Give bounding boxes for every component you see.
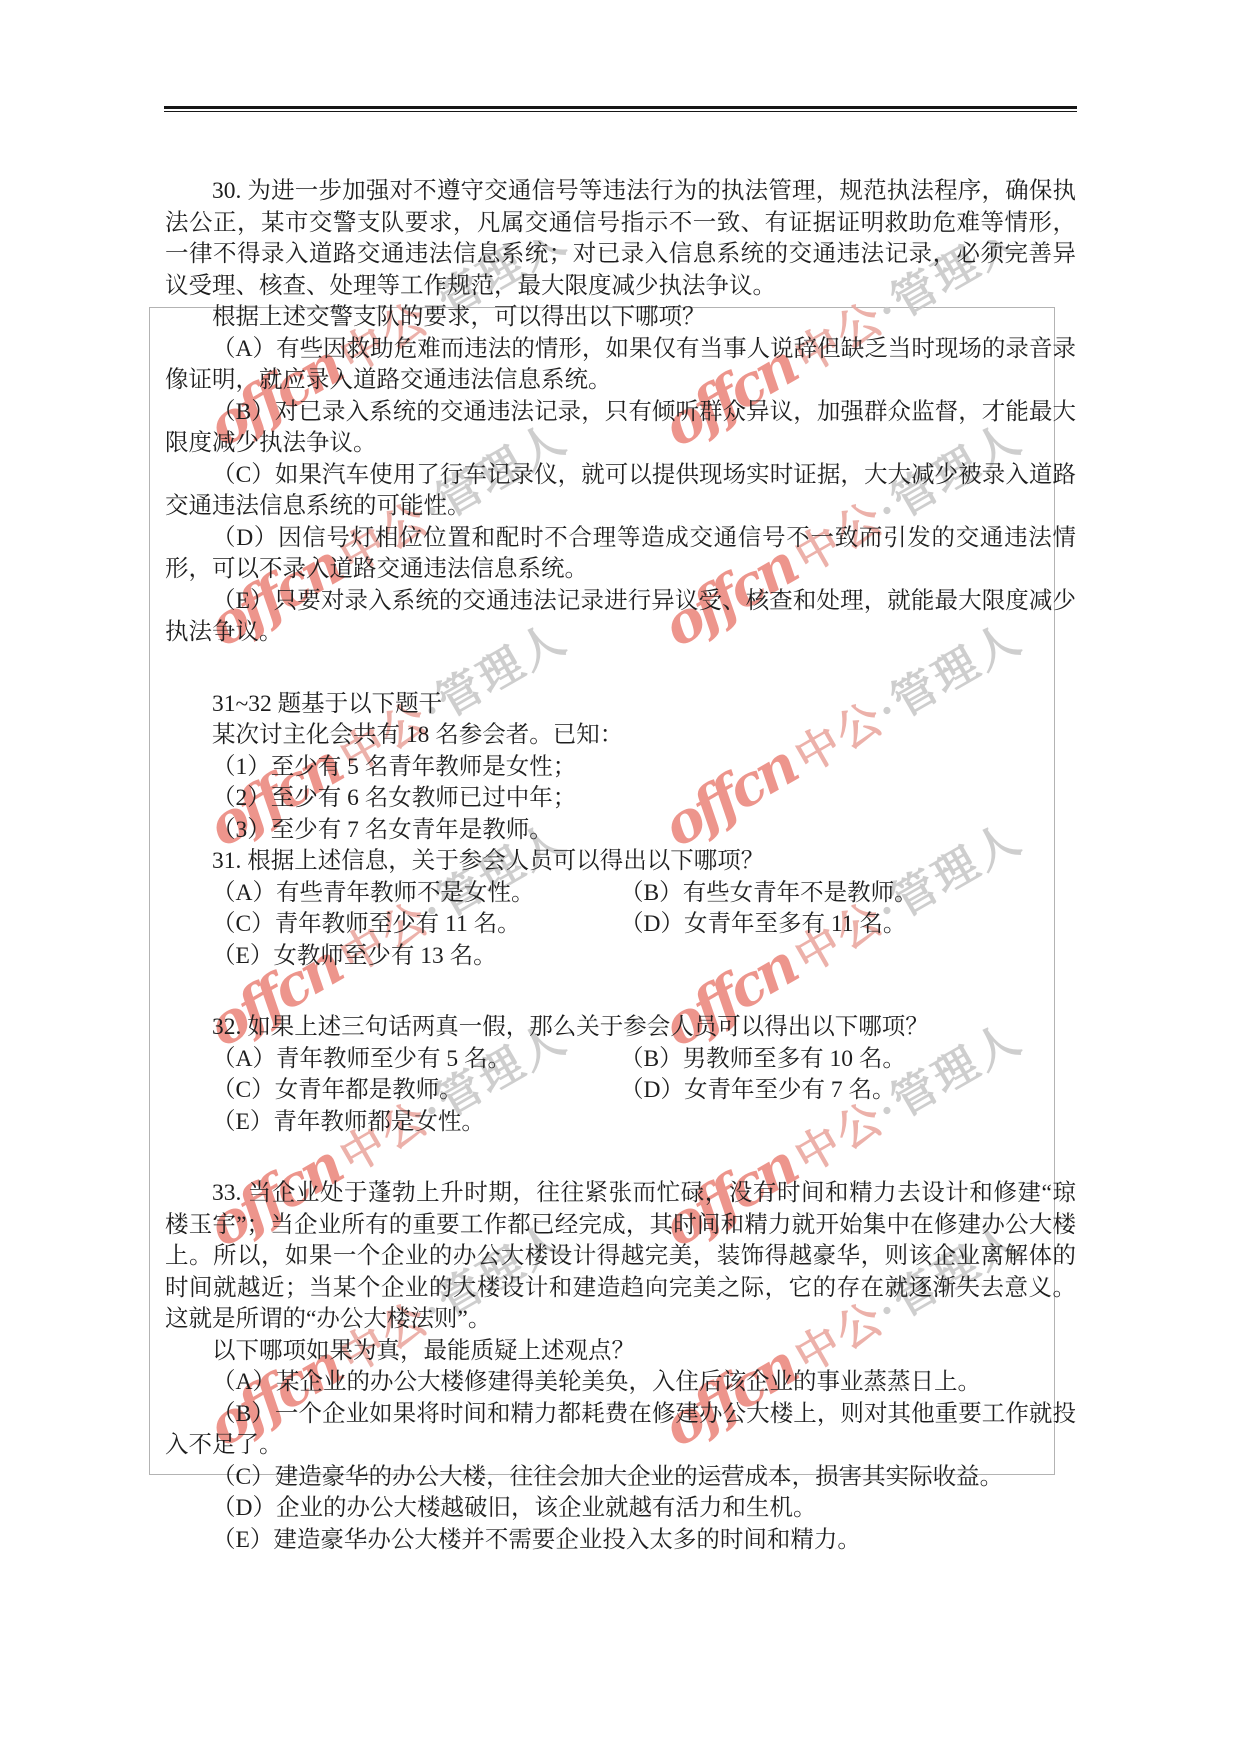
question-33-option-a: （A）某企业的办公大楼修建得美轮美奂，入住后该企业的事业蒸蒸日上。 <box>165 1367 1076 1399</box>
question-33-stem: 33. 当企业处于蓬勃上升时期，往往紧张而忙碌，没有时间和精力去设计和修建“琼楼… <box>165 1178 1076 1336</box>
question-31-option-c: （C）青年教师至少有 11 名。 <box>165 909 620 941</box>
question-31-option-e: （E）女教师至少有 13 名。 <box>165 941 620 973</box>
question-30-option-b: （B）对已录入系统的交通违法记录，只有倾听群众异议，加强群众监督，才能最大限度减… <box>165 397 1076 460</box>
option-label: （C） <box>212 1464 275 1490</box>
question-33-lead: 以下哪项如果为真，最能质疑上述观点？ <box>165 1336 1076 1368</box>
option-text: 青年教师至少有 11 名。 <box>275 911 521 937</box>
option-label: （A） <box>212 1369 276 1395</box>
question-32-option-empty <box>620 1107 1076 1139</box>
question-32-stem: 32. 如果上述三句话两真一假，那么关于参会人员可以得出以下哪项？ <box>165 1012 1076 1044</box>
group-condition-2: （2）至少有 6 名女教师已过中年； <box>165 783 1076 815</box>
question-32-option-b: （B）男教师至多有 10 名。 <box>620 1044 1076 1076</box>
option-text: 因信号灯相位位置和配时不合理等造成交通信号不一致而引发的交通违法情形，可以不录入… <box>165 525 1076 583</box>
question-31-option-d: （D）女青年至多有 11 名。 <box>620 909 1076 941</box>
group-condition-1: （1）至少有 5 名青年教师是女性； <box>165 752 1076 784</box>
option-label: （B） <box>620 880 683 906</box>
option-text: 男教师至多有 10 名。 <box>683 1046 906 1072</box>
option-label: （D） <box>620 1077 684 1103</box>
option-text: 有些因救助危难而违法的情形，如果仅有当事人说辞但缺乏当时现场的录音录像证明，就应… <box>165 336 1076 394</box>
option-text: 对已录入系统的交通违法记录，只有倾听群众异议，加强群众监督，才能最大限度减少执法… <box>165 399 1076 457</box>
group-31-32-title: 31~32 题基于以下题干 <box>165 689 1076 721</box>
option-label: （C） <box>212 911 275 937</box>
header-rule <box>164 106 1077 112</box>
question-30-option-e: （E）只要对录入系统的交通违法记录进行异议受、核查和处理，就能最大限度减少执法争… <box>165 586 1076 649</box>
option-label: （D） <box>212 1495 276 1521</box>
option-label: （E） <box>212 588 274 614</box>
question-32-option-row: （E）青年教师都是女性。 <box>165 1107 1076 1139</box>
question-31-option-b: （B）有些女青年不是教师。 <box>620 878 1076 910</box>
question-30-stem: 30. 为进一步加强对不遵守交通信号等违法行为的执法管理，规范执法程序，确保执法… <box>165 176 1076 302</box>
option-label: （A） <box>212 1046 276 1072</box>
option-label: （C） <box>212 462 275 488</box>
option-label: （A） <box>212 880 276 906</box>
question-31-option-a: （A）有些青年教师不是女性。 <box>165 878 620 910</box>
option-label: （E） <box>212 1527 273 1553</box>
question-33-option-e: （E）建造豪华办公大楼并不需要企业投入太多的时间和精力。 <box>165 1525 1076 1557</box>
question-32-option-a: （A）青年教师至少有 5 名。 <box>165 1044 620 1076</box>
option-text: 女青年至少有 7 名。 <box>684 1077 896 1103</box>
question-33-option-b: （B）一个企业如果将时间和精力都耗费在修建办公大楼上，则对其他重要工作就投入不足… <box>165 1399 1076 1462</box>
option-text: 企业的办公大楼越破旧，该企业就越有活力和生机。 <box>276 1495 817 1521</box>
option-label: （E） <box>212 943 273 969</box>
option-text: 青年教师至少有 5 名。 <box>276 1046 511 1072</box>
option-text: 女教师至少有 13 名。 <box>273 943 496 969</box>
option-text: 如果汽车使用了行车记录仪，就可以提供现场实时证据，大大减少被录入道路交通违法信息… <box>165 462 1076 520</box>
question-30-option-a: （A）有些因救助危难而违法的情形，如果仅有当事人说辞但缺乏当时现场的录音录像证明… <box>165 334 1076 397</box>
question-30-option-c: （C）如果汽车使用了行车记录仪，就可以提供现场实时证据，大大减少被录入道路交通违… <box>165 460 1076 523</box>
exam-page: offcn中公·管理人offcn中公·管理人offcn中公·管理人offcn中公… <box>0 0 1241 1754</box>
option-text: 只要对录入系统的交通违法记录进行异议受、核查和处理，就能最大限度减少执法争议。 <box>165 588 1076 646</box>
question-31-option-row: （E）女教师至少有 13 名。 <box>165 941 1076 973</box>
option-text: 有些青年教师不是女性。 <box>276 880 535 906</box>
option-label: （C） <box>212 1077 275 1103</box>
option-text: 有些女青年不是教师。 <box>683 880 918 906</box>
question-31-option-row: （A）有些青年教师不是女性。 （B）有些女青年不是教师。 <box>165 878 1076 910</box>
option-label: （B） <box>212 399 275 425</box>
option-text: 一个企业如果将时间和精力都耗费在修建办公大楼上，则对其他重要工作就投入不足了。 <box>165 1401 1076 1459</box>
option-text: 青年教师都是女性。 <box>273 1109 485 1135</box>
question-32-option-c: （C）女青年都是教师。 <box>165 1075 620 1107</box>
option-text: 女青年都是教师。 <box>275 1077 463 1103</box>
option-label: （A） <box>212 336 276 362</box>
question-31-option-row: （C）青年教师至少有 11 名。 （D）女青年至多有 11 名。 <box>165 909 1076 941</box>
question-30-option-d: （D）因信号灯相位位置和配时不合理等造成交通信号不一致而引发的交通违法情形，可以… <box>165 523 1076 586</box>
question-31-option-empty <box>620 941 1076 973</box>
group-condition-3: （3）至少有 7 名女青年是教师。 <box>165 815 1076 847</box>
question-32-option-d: （D）女青年至少有 7 名。 <box>620 1075 1076 1107</box>
option-text: 建造豪华的办公大楼，往往会加大企业的运营成本，损害其实际收益。 <box>275 1464 1004 1490</box>
option-text: 某企业的办公大楼修建得美轮美奂，入住后该企业的事业蒸蒸日上。 <box>276 1369 981 1395</box>
question-32-option-row: （C）女青年都是教师。 （D）女青年至少有 7 名。 <box>165 1075 1076 1107</box>
question-32-option-row: （A）青年教师至少有 5 名。 （B）男教师至多有 10 名。 <box>165 1044 1076 1076</box>
question-31-stem: 31. 根据上述信息，关于参会人员可以得出以下哪项？ <box>165 846 1076 878</box>
option-label: （D） <box>620 911 684 937</box>
question-30-lead: 根据上述交警支队的要求，可以得出以下哪项？ <box>165 302 1076 334</box>
option-text: 女青年至多有 11 名。 <box>684 911 906 937</box>
question-33-option-d: （D）企业的办公大楼越破旧，该企业就越有活力和生机。 <box>165 1493 1076 1525</box>
option-label: （B） <box>212 1401 275 1427</box>
question-32-option-e: （E）青年教师都是女性。 <box>165 1107 620 1139</box>
option-label: （B） <box>620 1046 683 1072</box>
option-text: 建造豪华办公大楼并不需要企业投入太多的时间和精力。 <box>273 1527 861 1553</box>
group-31-32-intro: 某次讨主化会共有 18 名参会者。已知： <box>165 720 1076 752</box>
content: 30. 为进一步加强对不遵守交通信号等违法行为的执法管理，规范执法程序，确保执法… <box>165 176 1076 1556</box>
option-label: （D） <box>212 525 278 551</box>
option-label: （E） <box>212 1109 273 1135</box>
question-33-option-c: （C）建造豪华的办公大楼，往往会加大企业的运营成本，损害其实际收益。 <box>165 1462 1076 1494</box>
